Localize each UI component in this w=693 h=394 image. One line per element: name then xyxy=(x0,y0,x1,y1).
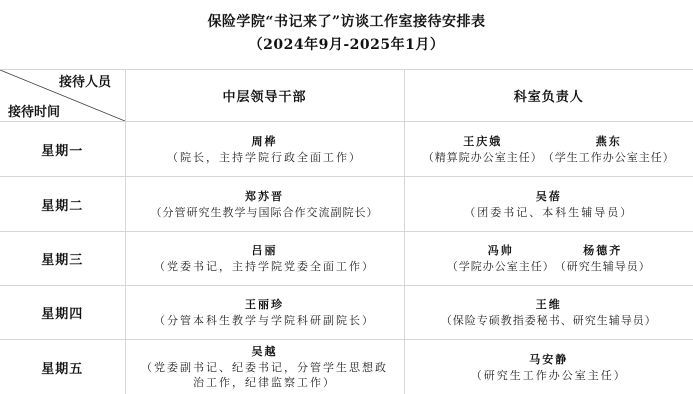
day-cell: 星期四 xyxy=(0,286,125,340)
reception-schedule-table: 接待人员 接待时间 中层领导干部 科室负责人 星期一 周桦 （院长，主持学院行政… xyxy=(0,69,693,394)
leader-cell: 郑苏晋 （分管研究生教学与国际合作交流副院长） xyxy=(125,177,404,232)
head-name: 杨德齐 xyxy=(555,243,651,259)
head-person: 王庆娥 （精算院办公室主任） xyxy=(423,134,543,165)
head-cell: 吴蓓 （团委书记、本科生辅导员） xyxy=(404,177,693,232)
head-name: 马安静 xyxy=(405,352,693,368)
head-name: 吴蓓 xyxy=(405,189,693,205)
leader-cell: 周桦 （院长，主持学院行政全面工作） xyxy=(125,122,404,177)
leader-name: 吕丽 xyxy=(126,243,404,259)
leader-role: （分管本科生教学与学院科研副院长） xyxy=(126,313,404,328)
head-role: （研究生辅导员） xyxy=(555,259,651,274)
leader-name: 王丽珍 xyxy=(126,297,404,313)
head-person: 燕东 （学生工作办公室主任） xyxy=(543,134,675,165)
head-cell: 王庆娥 （精算院办公室主任） 燕东 （学生工作办公室主任） xyxy=(404,122,693,177)
head-name: 冯帅 xyxy=(447,243,555,259)
leader-role: （院长，主持学院行政全面工作） xyxy=(126,150,404,165)
leader-name: 周桦 xyxy=(126,134,404,150)
head-person: 冯帅 （学院办公室主任） xyxy=(447,243,555,274)
leader-role: （分管研究生教学与国际合作交流副院长） xyxy=(126,205,404,220)
table-row: 星期四 王丽珍 （分管本科生教学与学院科研副院长） 王维 （保险专硕教指委秘书、… xyxy=(0,286,693,340)
leader-cell: 吕丽 （党委书记，主持学院党委全面工作） xyxy=(125,232,404,286)
leader-role: （党委副书记、纪委书记，分管学生思想政治工作，纪律监察工作） xyxy=(140,360,390,390)
column-header-middle-leaders: 中层领导干部 xyxy=(125,70,404,122)
leader-name: 吴越 xyxy=(126,344,404,360)
page-title: 保险学院“书记来了”访谈工作室接待安排表 xyxy=(0,13,693,31)
corner-header-cell: 接待人员 接待时间 xyxy=(0,70,125,122)
head-cell: 马安静 （研究生工作办公室主任） xyxy=(404,340,693,394)
page-subtitle-period: （2024年9月-2025年1月） xyxy=(0,36,693,54)
leader-cell: 王丽珍 （分管本科生教学与学院科研副院长） xyxy=(125,286,404,340)
head-role: （精算院办公室主任） xyxy=(423,150,543,165)
header-reception-staff-label: 接待人员 xyxy=(59,71,111,90)
head-role: （研究生工作办公室主任） xyxy=(405,368,693,383)
table-row: 星期三 吕丽 （党委书记，主持学院党委全面工作） 冯帅 （学院办公室主任） 杨德… xyxy=(0,232,693,286)
head-name: 王庆娥 xyxy=(423,134,543,150)
head-cell: 冯帅 （学院办公室主任） 杨德齐 （研究生辅导员） xyxy=(404,232,693,286)
table-row: 星期二 郑苏晋 （分管研究生教学与国际合作交流副院长） 吴蓓 （团委书记、本科生… xyxy=(0,177,693,232)
day-cell: 星期三 xyxy=(0,232,125,286)
leader-role: （党委书记，主持学院党委全面工作） xyxy=(126,259,404,274)
head-role: （团委书记、本科生辅导员） xyxy=(405,205,693,220)
day-cell: 星期二 xyxy=(0,177,125,232)
table-row: 星期一 周桦 （院长，主持学院行政全面工作） 王庆娥 （精算院办公室主任） 燕东… xyxy=(0,122,693,177)
head-name: 王维 xyxy=(405,297,693,313)
head-role: （保险专硕教指委秘书、研究生辅导员） xyxy=(405,313,693,328)
day-cell: 星期一 xyxy=(0,122,125,177)
head-person: 杨德齐 （研究生辅导员） xyxy=(555,243,651,274)
head-name: 燕东 xyxy=(543,134,675,150)
leader-name: 郑苏晋 xyxy=(126,189,404,205)
day-cell: 星期五 xyxy=(0,340,125,394)
header-reception-time-label: 接待时间 xyxy=(8,101,60,120)
column-header-section-heads: 科室负责人 xyxy=(404,70,693,122)
head-cell: 王维 （保险专硕教指委秘书、研究生辅导员） xyxy=(404,286,693,340)
head-role: （学生工作办公室主任） xyxy=(543,150,675,165)
leader-cell: 吴越 （党委副书记、纪委书记，分管学生思想政治工作，纪律监察工作） xyxy=(125,340,404,394)
table-row: 星期五 吴越 （党委副书记、纪委书记，分管学生思想政治工作，纪律监察工作） 马安… xyxy=(0,340,693,394)
table-header-row: 接待人员 接待时间 中层领导干部 科室负责人 xyxy=(0,70,693,122)
head-role: （学院办公室主任） xyxy=(447,259,555,274)
